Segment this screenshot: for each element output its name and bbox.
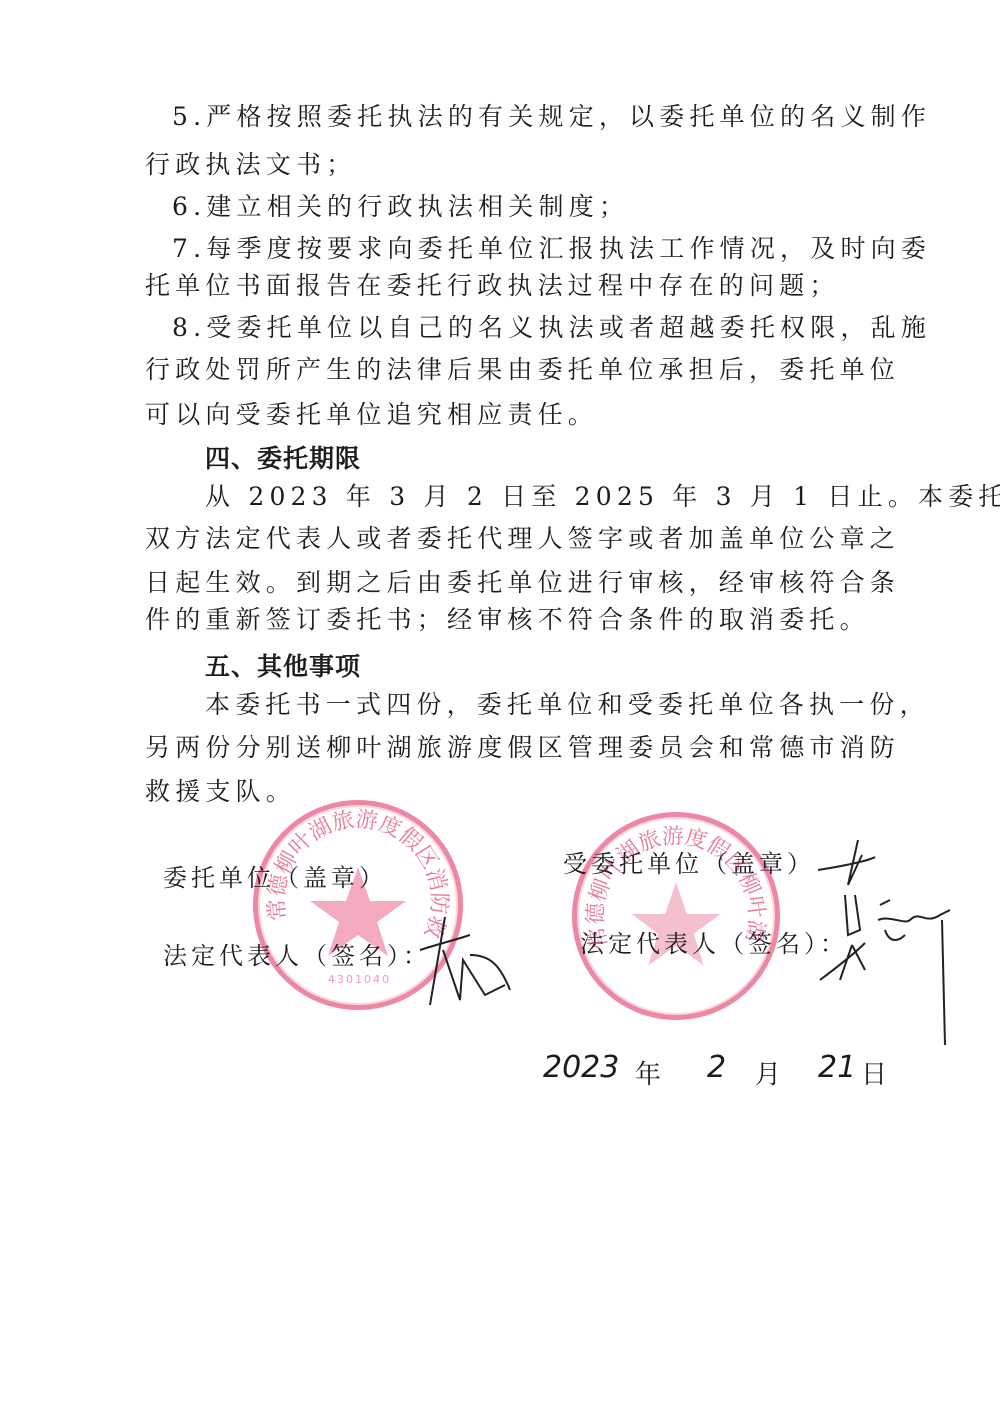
seal-star-icon: 常德柳叶湖旅游度假区柳叶湖街道办事处: [577, 817, 775, 1015]
section-4-line-2: 双方法定代表人或者委托代理人签字或者加盖单位公章之: [145, 522, 865, 556]
date-year: 2023: [543, 1050, 619, 1085]
clause-7-line-1: 7.每季度按要求向委托单位汇报执法工作情况，及时向委: [172, 232, 892, 266]
clause-7-line-2: 托单位书面报告在委托行政执法过程中存在的问题；: [145, 269, 865, 303]
section-5-line-2: 另两份分别送柳叶湖旅游度假区管理委员会和常德市消防: [145, 731, 865, 765]
section-5-line-3: 救援支队。: [145, 775, 865, 809]
svg-text:4301040: 4301040: [328, 973, 391, 986]
date-month-unit: 月: [755, 1054, 781, 1091]
clause-5-line-2: 行政执法文书；: [145, 148, 865, 182]
right-signature: [810, 835, 960, 1060]
document-page: 5.严格按照委托执法的有关规定，以委托单位的名义制作 行政执法文书； 6.建立相…: [0, 0, 1000, 1426]
delegating-unit-seal-label: 委托单位（盖章）: [163, 862, 387, 894]
clause-8-line-3: 可以向受委托单位追究相应责任。: [145, 398, 865, 432]
section-4-line-4: 件的重新签订委托书；经审核不符合条件的取消委托。: [145, 603, 865, 637]
section-4-heading: 四、委托期限: [205, 442, 361, 476]
delegated-unit-rep-label: 法定代表人（签名）：: [580, 928, 848, 960]
delegated-unit-seal: 常德柳叶湖旅游度假区柳叶湖街道办事处: [572, 812, 780, 1020]
clause-6-line-1: 6.建立相关的行政执法相关制度；: [172, 190, 892, 224]
delegating-unit-rep-label: 法定代表人（签名）：: [163, 940, 431, 972]
clause-8-line-1: 8.受委托单位以自己的名义执法或者超越委托权限，乱施: [172, 311, 892, 345]
delegated-unit-seal-label: 受委托单位（盖章）: [563, 848, 815, 880]
clause-5-line-1: 5.严格按照委托执法的有关规定，以委托单位的名义制作: [172, 100, 892, 134]
clause-8-line-2: 行政处罚所产生的法律后果由委托单位承担后，委托单位: [145, 353, 865, 387]
section-4-line-3: 日起生效。到期之后由委托单位进行审核，经审核符合条: [145, 566, 865, 600]
section-5-line-1: 本委托书一式四份，委托单位和受委托单位各执一份，: [205, 688, 925, 722]
left-signature: [415, 905, 525, 1015]
section-5-heading: 五、其他事项: [205, 650, 361, 684]
date-year-unit: 年: [635, 1054, 661, 1091]
section-4-line-1: 从 2023 年 3 月 2 日至 2025 年 3 月 1 日止。本委托书经: [205, 480, 925, 514]
date-month: 2: [707, 1050, 726, 1085]
